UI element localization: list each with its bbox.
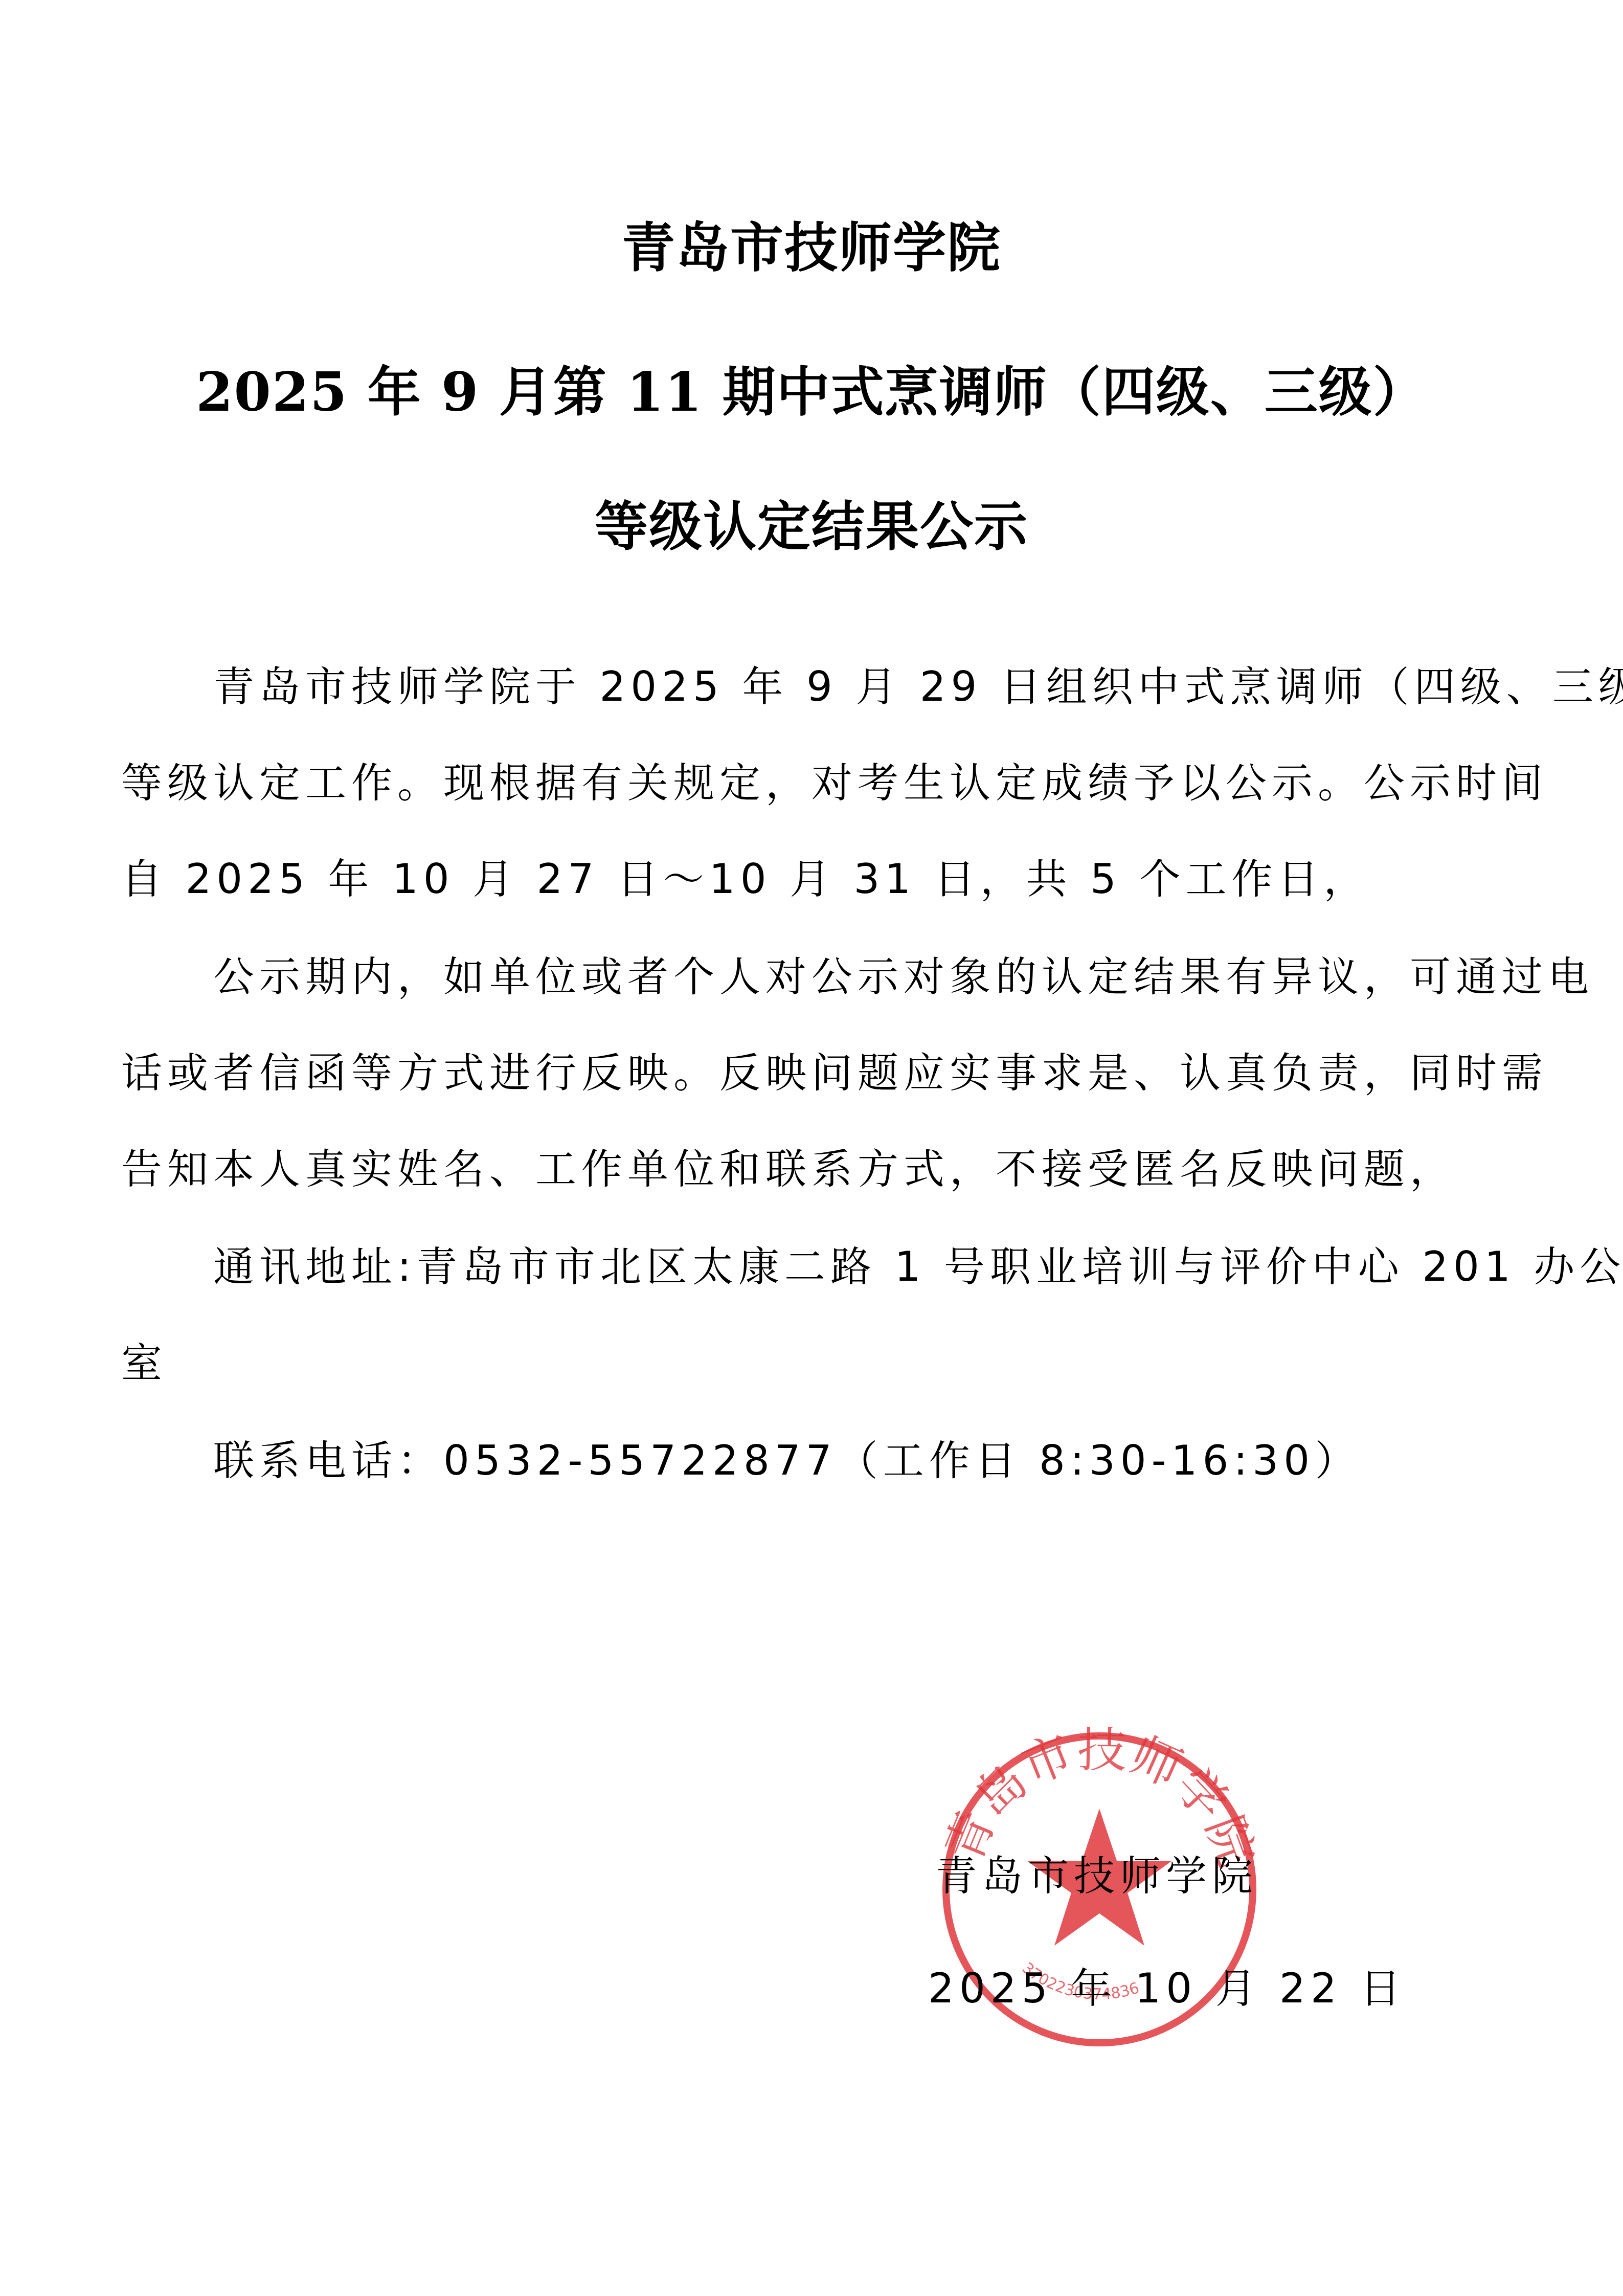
body-line: 公示期内，如单位或者个人对公示对象的认定结果有异议，可通过电: [121, 952, 1476, 1001]
title-exam-session: 2025 年 9 月第 11 期中式烹调师（四级、三级）: [0, 359, 1623, 426]
body-line: 青岛市技师学院于 2025 年 9 月 29 日组织中式烹调师（四级、三级）: [121, 662, 1476, 711]
signature-organization: 青岛市技师学院: [936, 1852, 1258, 1901]
title-announcement: 等级认定结果公示: [0, 494, 1623, 560]
body-line: 通讯地址:青岛市市北区太康二路 1 号职业培训与评价中心 201 办公: [121, 1242, 1476, 1291]
signature-date: 2025 年 10 月 22 日: [928, 1964, 1406, 2013]
document-page: 青岛市技师学院 2025 年 9 月第 11 期中式烹调师（四级、三级） 等级认…: [0, 0, 1623, 2296]
body-line: 告知本人真实姓名、工作单位和联系方式，不接受匿名反映问题，: [121, 1145, 1476, 1194]
title-institution: 青岛市技师学院: [0, 215, 1623, 281]
body-line: 等级认定工作。现根据有关规定，对考生认定成绩予以公示。公示时间: [121, 759, 1476, 808]
body-line: 话或者信函等方式进行反映。反映问题应实事求是、认真负责，同时需: [121, 1049, 1476, 1098]
body-line: 联系电话：0532-55722877（工作日 8:30-16:30）: [121, 1436, 1476, 1485]
body-line: 室: [121, 1339, 1476, 1388]
body-line: 自 2025 年 10 月 27 日～10 月 31 日，共 5 个工作日，: [121, 855, 1476, 904]
